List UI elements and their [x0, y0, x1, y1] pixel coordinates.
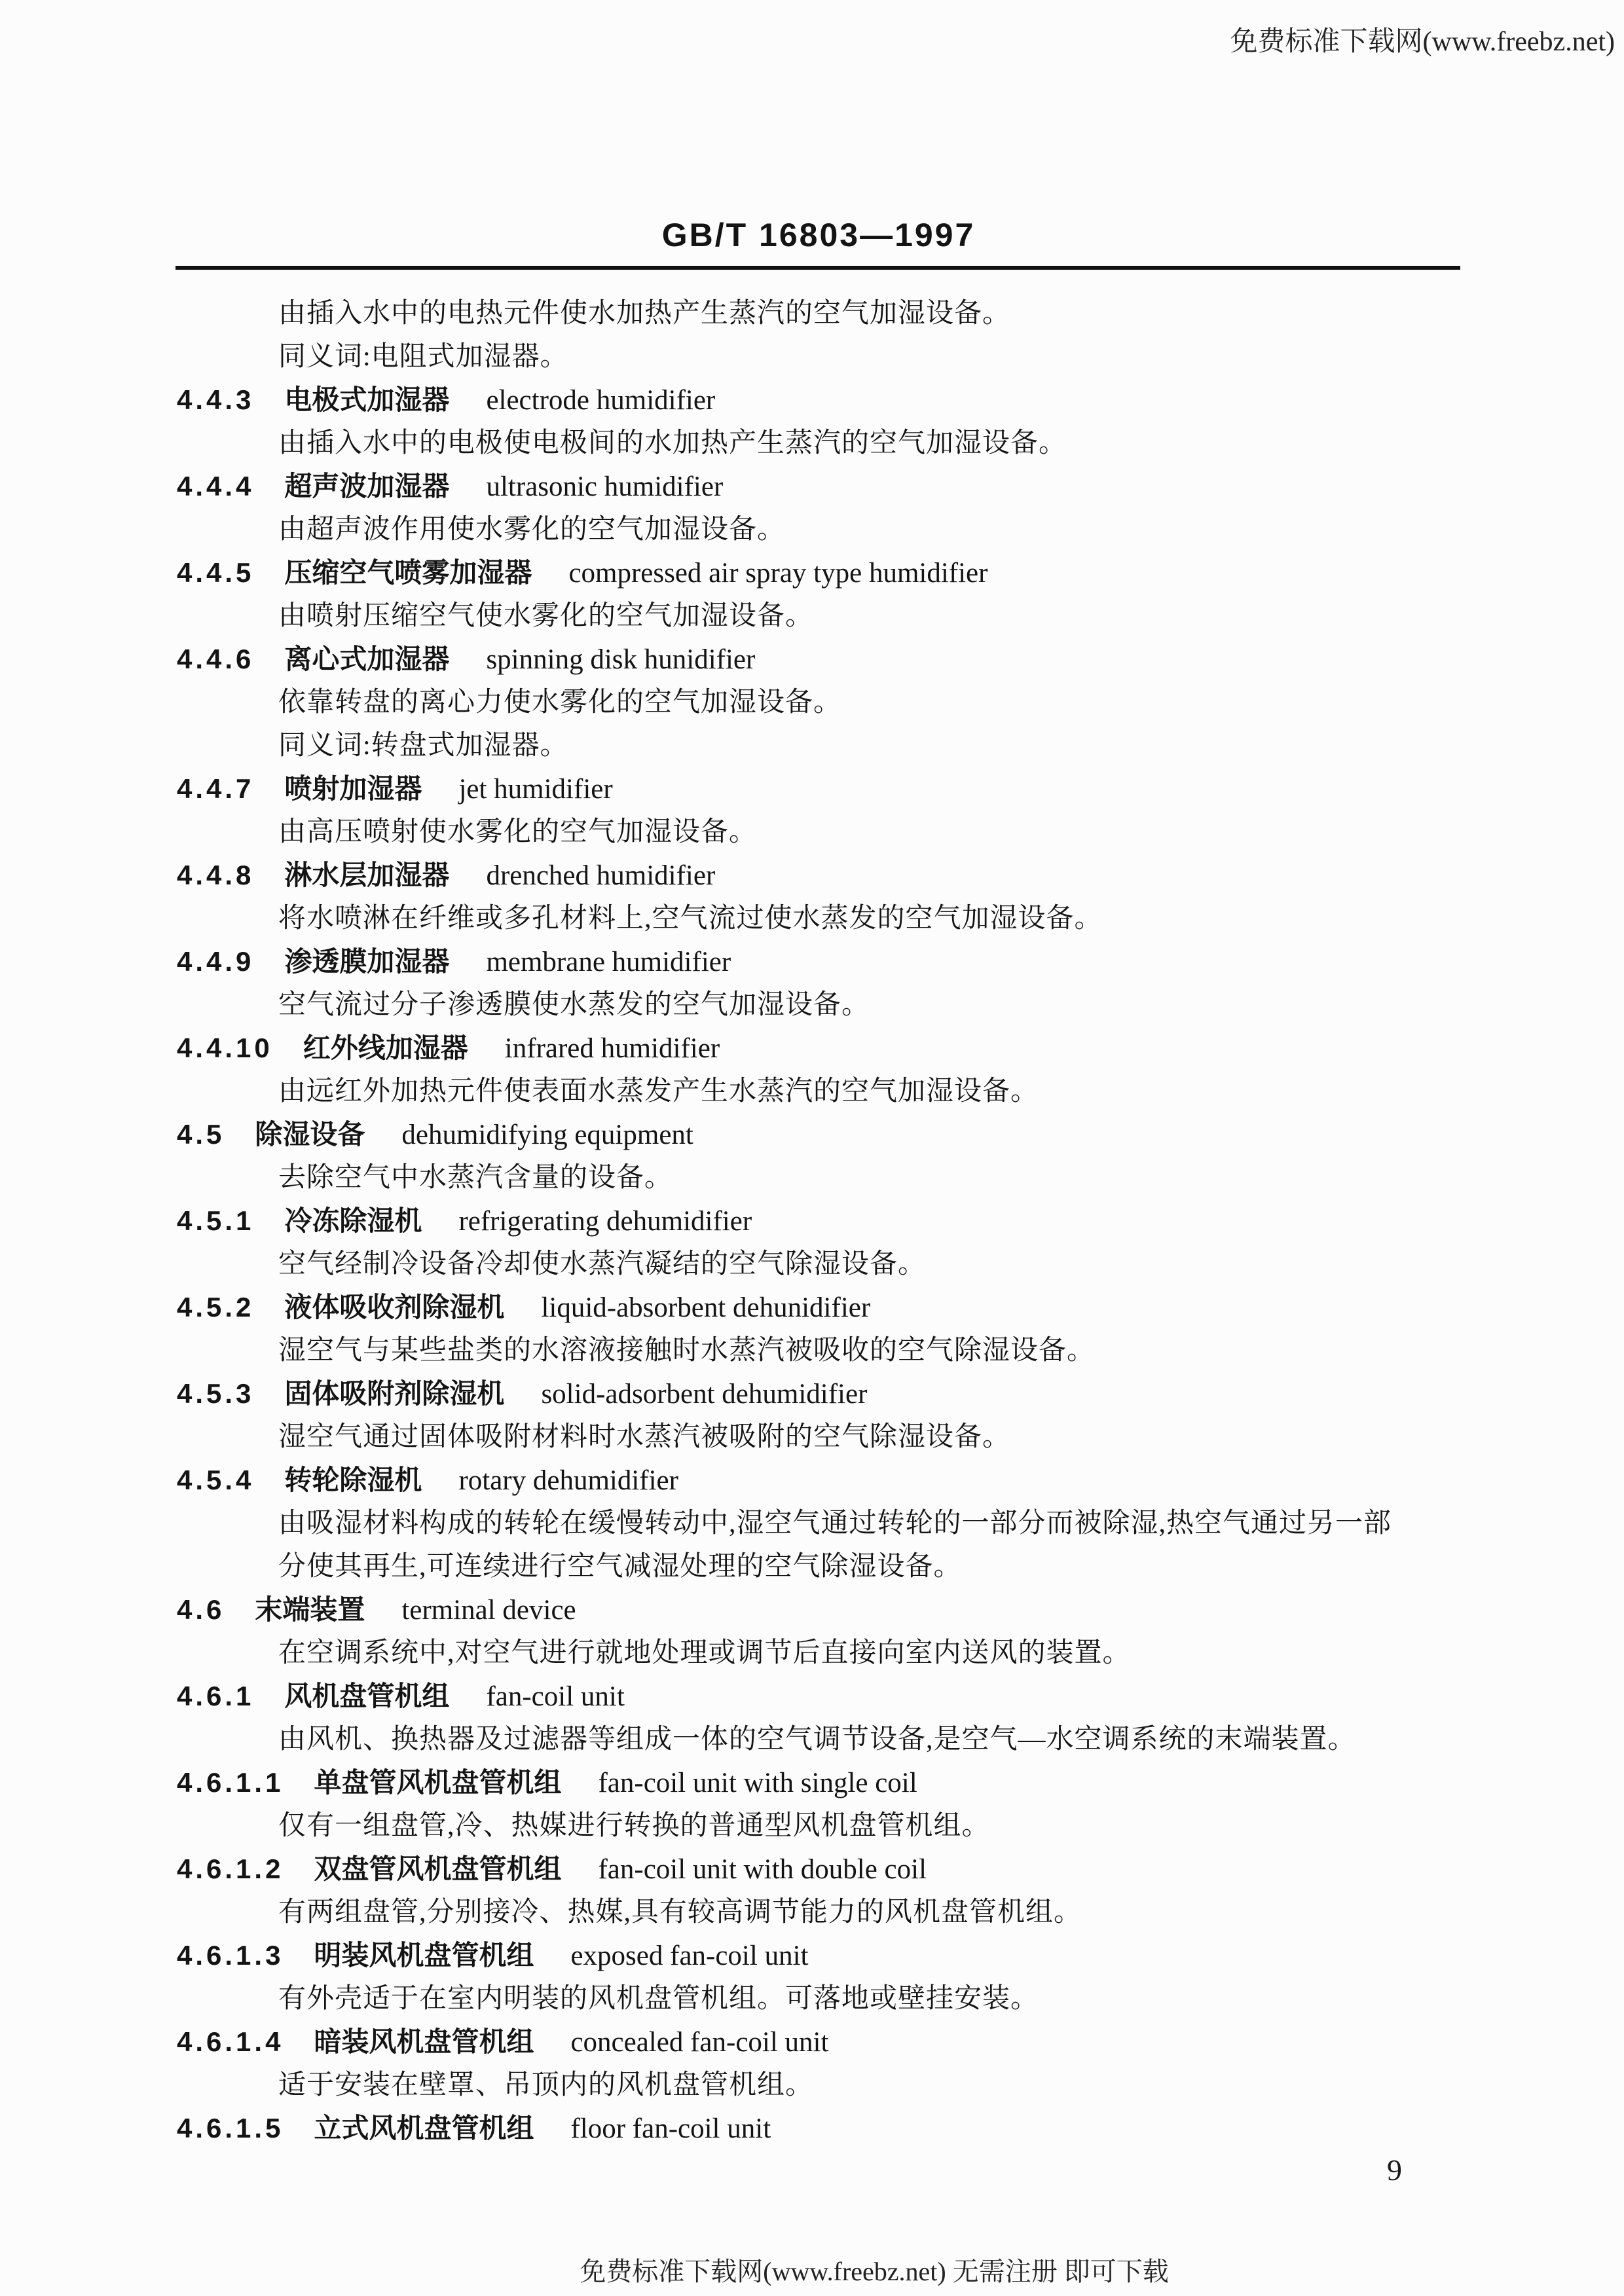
definition-text: 同义词:转盘式加湿器。: [278, 731, 568, 761]
definition-line: 由高压喷射使水雾化的空气加湿设备。: [177, 811, 1460, 854]
clause-number: 4.5.4: [177, 1465, 254, 1495]
definition-line: 空气经制冷设备冷却使水蒸汽凝结的空气除湿设备。: [177, 1243, 1460, 1286]
clause-term-zh: 离心式加湿器: [284, 644, 449, 674]
clause-number: 4.5.3: [177, 1378, 254, 1409]
definition-text: 由高压喷射使水雾化的空气加湿设备。: [278, 817, 757, 847]
definition-text: 空气流过分子渗透膜使水蒸发的空气加湿设备。: [278, 990, 870, 1020]
clause-term-zh: 暗装风机盘管机组: [314, 2026, 534, 2057]
definition-line: 依靠转盘的离心力使水雾化的空气加湿设备。: [177, 681, 1460, 724]
clause-term-zh: 冷冻除湿机: [284, 1205, 422, 1236]
definition-line: 同义词:电阻式加湿器。: [177, 335, 1460, 378]
definition-text: 仅有一组盘管,冷、热媒进行转换的普通型风机盘管机组。: [278, 1811, 990, 1841]
clause-term-zh: 明装风机盘管机组: [314, 1940, 534, 1971]
clause-line: 4.5除湿设备dehumidifying equipment: [177, 1113, 1460, 1156]
definition-line: 由喷射压缩空气使水雾化的空气加湿设备。: [177, 594, 1460, 638]
clause-term-zh: 电极式加湿器: [284, 384, 449, 415]
clause-number: 4.4.9: [177, 946, 254, 977]
clause-number: 4.4.5: [177, 557, 254, 588]
clause-term-en: drenched humidifier: [486, 860, 715, 891]
clause-term-zh: 转轮除湿机: [284, 1465, 422, 1495]
clause-line: 4.6.1.3明装风机盘管机组exposed fan-coil unit: [177, 1934, 1460, 1977]
clause-number: 4.6.1.1: [177, 1767, 284, 1798]
clause-number: 4.4.7: [177, 773, 254, 804]
definition-text: 依靠转盘的离心力使水雾化的空气加湿设备。: [278, 687, 841, 718]
clause-term-en: spinning disk hunidifier: [486, 644, 755, 675]
definition-text: 由远红外加热元件使表面水蒸发产生水蒸汽的空气加湿设备。: [278, 1076, 1039, 1106]
clause-term-en: compressed air spray type humidifier: [568, 558, 987, 589]
clause-line: 4.4.4超声波加湿器ultrasonic humidifier: [177, 465, 1460, 508]
clause-number: 4.4.3: [177, 384, 254, 415]
definition-text: 由吸湿材料构成的转轮在缓慢转动中,湿空气通过转轮的一部分而被除湿,热空气通过另一…: [278, 1508, 1392, 1539]
clause-term-zh: 液体吸收剂除湿机: [284, 1292, 504, 1322]
definition-line: 由插入水中的电热元件使水加热产生蒸汽的空气加湿设备。: [177, 292, 1460, 335]
clause-term-en: membrane humidifier: [486, 947, 731, 977]
clause-term-zh: 固体吸附剂除湿机: [284, 1378, 504, 1409]
definition-line: 将水喷淋在纤维或多孔材料上,空气流过使水蒸发的空气加湿设备。: [177, 897, 1460, 940]
clause-number: 4.4.4: [177, 471, 254, 501]
clause-line: 4.4.7喷射加湿器jet humidifier: [177, 767, 1460, 811]
clause-line: 4.6.1.5立式风机盘管机组floor fan-coil unit: [177, 2107, 1460, 2150]
clause-number: 4.6.1.5: [177, 2113, 284, 2143]
clause-term-en: infrared humidifier: [505, 1033, 720, 1064]
clause-line: 4.6.1.4暗装风机盘管机组concealed fan-coil unit: [177, 2020, 1460, 2064]
clause-term-zh: 淋水层加湿器: [284, 860, 449, 890]
clause-term-en: refrigerating dehumidifier: [458, 1206, 752, 1237]
clause-line: 4.5.3固体吸附剂除湿机solid-adsorbent dehumidifie…: [177, 1372, 1460, 1415]
clause-term-en: dehumidifying equipment: [401, 1120, 693, 1150]
clause-number: 4.5.2: [177, 1292, 254, 1322]
definition-line: 有外壳适于在室内明装的风机盘管机组。可落地或壁挂安装。: [177, 1977, 1460, 2020]
clause-line: 4.4.9渗透膜加湿器membrane humidifier: [177, 940, 1460, 983]
clause-number: 4.6.1.4: [177, 2026, 284, 2057]
clause-term-zh: 喷射加湿器: [284, 773, 422, 804]
definition-line: 湿空气通过固体吸附材料时水蒸汽被吸附的空气除湿设备。: [177, 1415, 1460, 1459]
clause-line: 4.4.10红外线加湿器infrared humidifier: [177, 1027, 1460, 1070]
clause-term-zh: 单盘管风机盘管机组: [314, 1767, 561, 1798]
definition-text: 有两组盘管,分别接冷、热媒,具有较高调节能力的风机盘管机组。: [278, 1897, 1082, 1927]
clause-number: 4.4.6: [177, 644, 254, 674]
clause-line: 4.4.8淋水层加湿器drenched humidifier: [177, 854, 1460, 897]
definition-text: 由喷射压缩空气使水雾化的空气加湿设备。: [278, 601, 813, 631]
clause-term-zh: 末端装置: [255, 1594, 365, 1625]
header-standard-code: GB/T 16803—1997: [177, 216, 1460, 254]
clause-term-en: terminal device: [401, 1595, 576, 1626]
definition-text: 湿空气与某些盐类的水溶液接触时水蒸汽被吸收的空气除湿设备。: [278, 1336, 1095, 1366]
clause-line: 4.6.1.1单盘管风机盘管机组fan-coil unit with singl…: [177, 1761, 1460, 1804]
clause-term-zh: 除湿设备: [255, 1119, 365, 1150]
definition-text: 由风机、换热器及过滤器等组成一体的空气调节设备,是空气—水空调系统的末端装置。: [278, 1724, 1356, 1755]
definition-text: 由插入水中的电极使电极间的水加热产生蒸汽的空气加湿设备。: [278, 428, 1067, 458]
clause-number: 4.6.1: [177, 1681, 254, 1711]
clause-line: 4.4.6离心式加湿器spinning disk hunidifier: [177, 638, 1460, 681]
clause-line: 4.5.2液体吸收剂除湿机liquid-absorbent dehunidifi…: [177, 1286, 1460, 1329]
clause-term-zh: 红外线加湿器: [303, 1032, 468, 1063]
clause-term-en: ultrasonic humidifier: [486, 471, 723, 502]
clause-number: 4.5: [177, 1119, 225, 1150]
clause-line: 4.6.1风机盘管机组fan-coil unit: [177, 1675, 1460, 1718]
clause-line: 4.6末端装置terminal device: [177, 1588, 1460, 1631]
clause-number: 4.6: [177, 1594, 225, 1625]
definition-line: 分使其再生,可连续进行空气减湿处理的空气除湿设备。: [177, 1545, 1460, 1588]
clause-term-en: floor fan-coil unit: [570, 2113, 771, 2144]
definition-line: 同义词:转盘式加湿器。: [177, 724, 1460, 767]
definition-line: 由风机、换热器及过滤器等组成一体的空气调节设备,是空气—水空调系统的末端装置。: [177, 1718, 1460, 1761]
clause-number: 4.5.1: [177, 1205, 254, 1236]
clause-term-en: electrode humidifier: [486, 385, 715, 416]
definition-line: 由吸湿材料构成的转轮在缓慢转动中,湿空气通过转轮的一部分而被除湿,热空气通过另一…: [177, 1502, 1460, 1545]
definition-line: 适于安装在壁罩、吊顶内的风机盘管机组。: [177, 2064, 1460, 2107]
clause-term-en: rotary dehumidifier: [458, 1465, 678, 1496]
clause-term-en: exposed fan-coil unit: [570, 1941, 808, 1971]
clause-term-en: fan-coil unit: [486, 1681, 624, 1712]
definition-text: 由超声波作用使水雾化的空气加湿设备。: [278, 515, 785, 545]
clause-line: 4.4.3电极式加湿器electrode humidifier: [177, 378, 1460, 422]
clause-term-zh: 立式风机盘管机组: [314, 2113, 534, 2143]
clause-term-en: jet humidifier: [458, 774, 612, 805]
clause-term-en: fan-coil unit with single coil: [598, 1768, 917, 1798]
clause-term-zh: 超声波加湿器: [284, 471, 449, 501]
definition-line: 由超声波作用使水雾化的空气加湿设备。: [177, 508, 1460, 551]
clause-term-en: concealed fan-coil unit: [570, 2027, 828, 2058]
definition-line: 由远红外加热元件使表面水蒸发产生水蒸汽的空气加湿设备。: [177, 1070, 1460, 1113]
clause-term-zh: 双盘管风机盘管机组: [314, 1853, 561, 1884]
clause-line: 4.6.1.2双盘管风机盘管机组fan-coil unit with doubl…: [177, 1848, 1460, 1891]
clause-term-zh: 风机盘管机组: [284, 1681, 449, 1711]
clause-term-zh: 压缩空气喷雾加湿器: [284, 557, 532, 588]
definition-line: 湿空气与某些盐类的水溶液接触时水蒸汽被吸收的空气除湿设备。: [177, 1329, 1460, 1372]
clause-term-zh: 渗透膜加湿器: [284, 946, 449, 977]
footer-watermark: 免费标准下载网(www.freebz.net) 无需注册 即可下载: [0, 2251, 1624, 2288]
definition-text: 由插入水中的电热元件使水加热产生蒸汽的空气加湿设备。: [278, 299, 1010, 329]
top-watermark: 免费标准下载网(www.freebz.net): [1230, 20, 1615, 59]
definition-line: 空气流过分子渗透膜使水蒸发的空气加湿设备。: [177, 983, 1460, 1027]
definition-line: 由插入水中的电极使电极间的水加热产生蒸汽的空气加湿设备。: [177, 422, 1460, 465]
clause-term-en: fan-coil unit with double coil: [598, 1854, 927, 1885]
clause-number: 4.4.10: [177, 1032, 273, 1063]
document-body: 由插入水中的电热元件使水加热产生蒸汽的空气加湿设备。同义词:电阻式加湿器。4.4…: [177, 292, 1460, 2150]
clause-line: 4.5.1冷冻除湿机refrigerating dehumidifier: [177, 1199, 1460, 1243]
definition-line: 有两组盘管,分别接冷、热媒,具有较高调节能力的风机盘管机组。: [177, 1891, 1460, 1934]
definition-text: 去除空气中水蒸汽含量的设备。: [278, 1163, 673, 1193]
clause-number: 4.6.1.3: [177, 1940, 284, 1971]
definition-text: 在空调系统中,对空气进行就地处理或调节后直接向室内送风的装置。: [278, 1638, 1131, 1668]
definition-text: 湿空气通过固体吸附材料时水蒸汽被吸附的空气除湿设备。: [278, 1422, 1010, 1452]
clause-term-en: solid-adsorbent dehumidifier: [541, 1379, 867, 1410]
clause-line: 4.5.4转轮除湿机rotary dehumidifier: [177, 1459, 1460, 1502]
definition-line: 在空调系统中,对空气进行就地处理或调节后直接向室内送风的装置。: [177, 1631, 1460, 1675]
clause-number: 4.6.1.2: [177, 1853, 284, 1884]
clause-line: 4.4.5压缩空气喷雾加湿器compressed air spray type …: [177, 551, 1460, 594]
definition-line: 仅有一组盘管,冷、热媒进行转换的普通型风机盘管机组。: [177, 1804, 1460, 1848]
page-number: 9: [1387, 2153, 1402, 2187]
definition-text: 分使其再生,可连续进行空气减湿处理的空气除湿设备。: [278, 1552, 962, 1582]
definition-line: 去除空气中水蒸汽含量的设备。: [177, 1156, 1460, 1199]
header-rule: [175, 266, 1460, 270]
clause-number: 4.4.8: [177, 860, 254, 890]
definition-text: 同义词:电阻式加湿器。: [278, 342, 568, 372]
definition-text: 有外壳适于在室内明装的风机盘管机组。可落地或壁挂安装。: [278, 1984, 1039, 2014]
definition-text: 将水喷淋在纤维或多孔材料上,空气流过使水蒸发的空气加湿设备。: [278, 903, 1103, 934]
definition-text: 适于安装在壁罩、吊顶内的风机盘管机组。: [278, 2070, 813, 2100]
clause-term-en: liquid-absorbent dehunidifier: [541, 1292, 870, 1323]
definition-text: 空气经制冷设备冷却使水蒸汽凝结的空气除湿设备。: [278, 1249, 926, 1279]
